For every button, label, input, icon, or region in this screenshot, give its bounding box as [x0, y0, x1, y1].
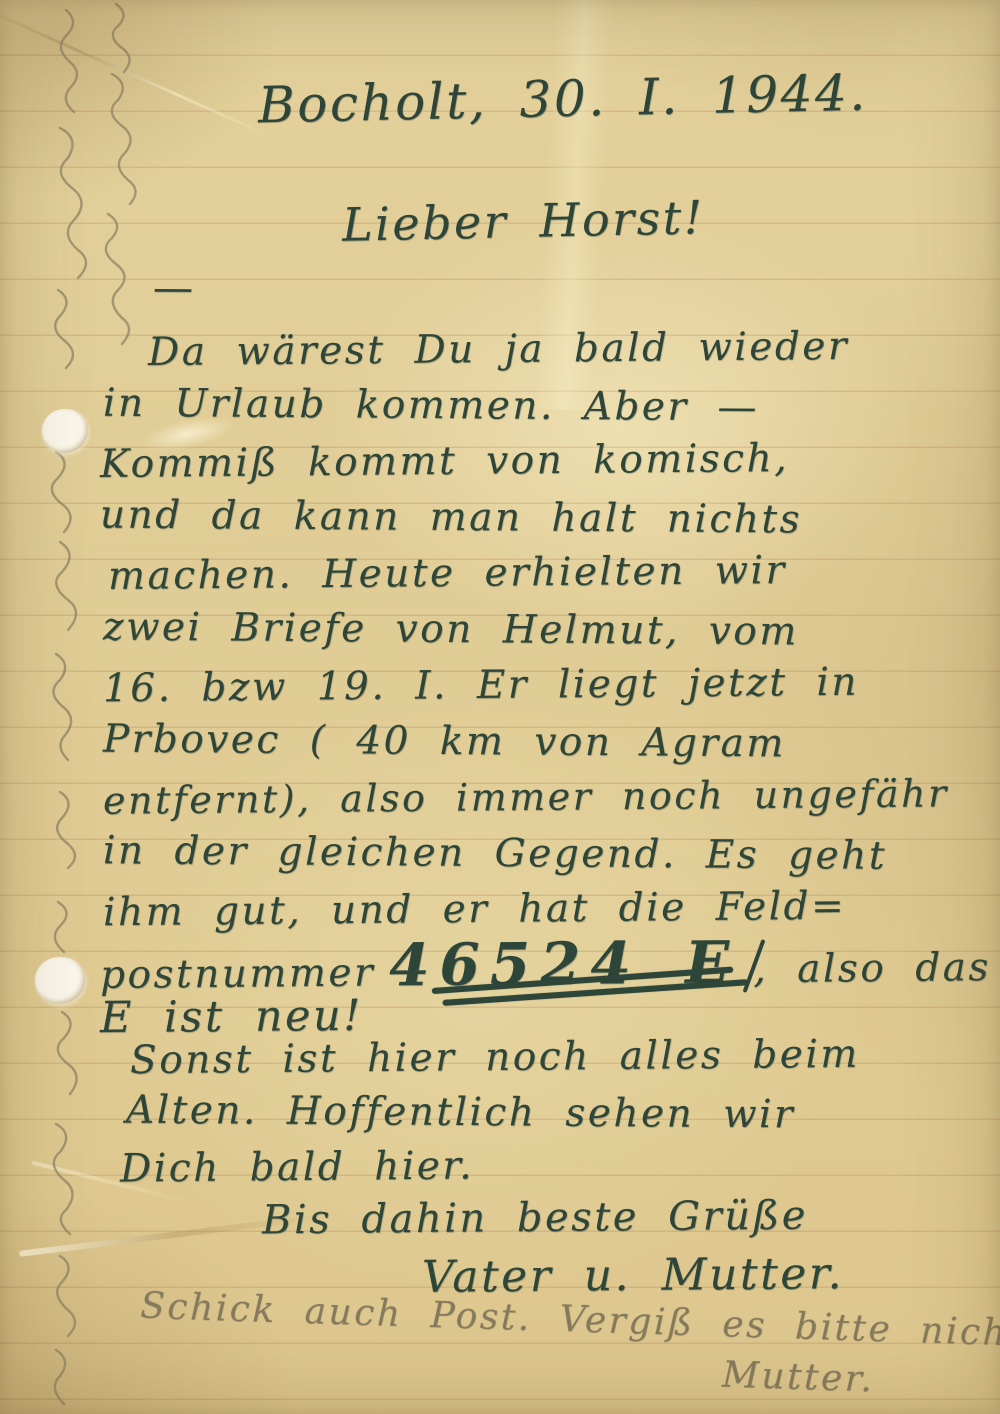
punch-hole-top	[42, 409, 88, 453]
body-line: 16. bzw 19. I. Er liegt jetzt in	[103, 663, 859, 709]
letter-page: Bocholt, 30. I. 1944. Lieber Horst! — Da…	[0, 0, 1000, 1414]
body-line: zwei Briefe von Helmut, vom	[103, 608, 799, 652]
feldpost-prefix: postnummer	[100, 953, 375, 994]
body-line: Alten. Hoffentlich sehen wir	[126, 1091, 795, 1135]
body-line: machen. Heute erhielten wir	[108, 551, 787, 596]
body-line: Prbovec ( 40 km von Agram	[103, 720, 786, 764]
postscript-line: Schick auch Post. Vergiß es bitte nicht.	[140, 1289, 1000, 1353]
dateline: Bocholt, 30. I. 1944.	[258, 68, 869, 131]
signature-line: Vater u. Mutter.	[422, 1252, 844, 1300]
closing-line: Bis dahin beste Grüße	[262, 1196, 808, 1241]
body-line: entfernt), also immer noch ungefähr	[103, 774, 949, 819]
body-line: und da kann man halt nichts	[100, 496, 802, 540]
pen-dash-mark: —	[153, 268, 196, 308]
emphasis-line: E ist neu!	[100, 995, 363, 1040]
body-line: in Urlaub kommen. Aber —	[103, 384, 759, 428]
feldpost-suffix: , also das	[753, 948, 991, 989]
body-line: Da wärest Du ja bald wieder	[148, 327, 849, 372]
body-line: in der gleichen Gegend. Es geht	[103, 831, 887, 875]
body-line: Kommiß kommt von komisch,	[100, 439, 789, 484]
body-line: Sonst ist hier noch alles beim	[130, 1035, 860, 1080]
body-line: ihm gut, und er hat die Feld=	[103, 887, 847, 932]
postscript-signature: Mutter.	[721, 1358, 875, 1399]
body-line: Dich bald hier.	[120, 1146, 474, 1188]
punch-hole-bottom	[35, 957, 85, 1004]
salutation: Lieber Horst!	[342, 194, 706, 248]
